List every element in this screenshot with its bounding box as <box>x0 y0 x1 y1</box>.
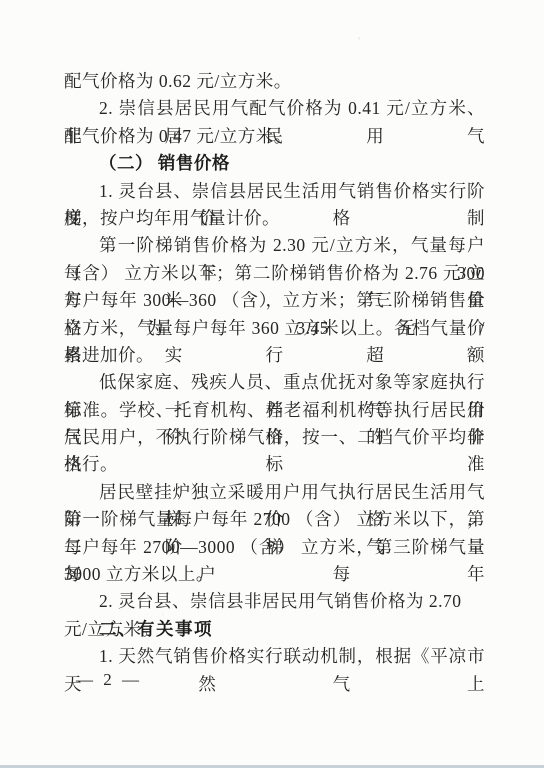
doc-line: 第一阶梯气量每户每年 2700 （含） 立方米以下，第二阶梯气量 <box>64 506 485 533</box>
doc-line: 每户每年 2700—3000 （含） 立方米，第三阶梯气量每户每年 <box>64 534 485 561</box>
doc-line: 2. 灵台县、崇信县非居民用气销售价格为 2.70 元/立方米。 <box>64 588 485 615</box>
scanned-document-page: 配气价格为 0.62 元/立方米。 2. 崇信县居民用气配气价格为 0.41 元… <box>0 0 544 768</box>
doc-line: 低保家庭、残疾人员、重点优抚对象等家庭执行第一档气价 <box>64 369 485 396</box>
doc-line: 2. 崇信县居民用气配气价格为 0.41 元/立方米、非居民用气 <box>64 95 485 122</box>
doc-line: 1. 天然气销售价格实行联动机制，根据《平凉市天然气上 <box>64 643 485 670</box>
section-heading-sales-price: （二） 销售价格 <box>64 150 485 177</box>
doc-line: 居民壁挂炉独立采暖用户用气执行居民生活用气阶梯价格， <box>64 479 485 506</box>
doc-line: 标准。学校、托育机构、养老福利机构等执行居民用气价格的非 <box>64 397 485 424</box>
document-body-text: 配气价格为 0.62 元/立方米。 2. 崇信县居民用气配气价格为 0.41 元… <box>64 68 485 671</box>
doc-line: 立方米，气量每户每年 360 立方米以上。各档气量价格实行超额 <box>64 315 485 342</box>
doc-line: （含） 立方米以下；第二阶梯销售价格为 2.76 元/立方米，气量 <box>64 260 485 287</box>
doc-line: 第一阶梯销售价格为 2.30 元/立方米，气量每户每年 300 <box>64 232 485 259</box>
doc-line: 配气价格为 0.62 元/立方米。 <box>64 68 485 95</box>
doc-line: 1. 灵台县、崇信县居民生活用气销售价格实行阶梯价格制 <box>64 178 485 205</box>
doc-line: 每户每年 300—360 （含） 立方米；第三阶梯销售价格为 3.45 元/ <box>64 287 485 314</box>
doc-line: 居民用户，不执行阶梯气价，按一、二档气价平均价格标准 <box>64 424 485 451</box>
page-number: — 2 — <box>76 670 142 690</box>
section-heading-related-matters: 二、有关事项 <box>64 616 485 643</box>
